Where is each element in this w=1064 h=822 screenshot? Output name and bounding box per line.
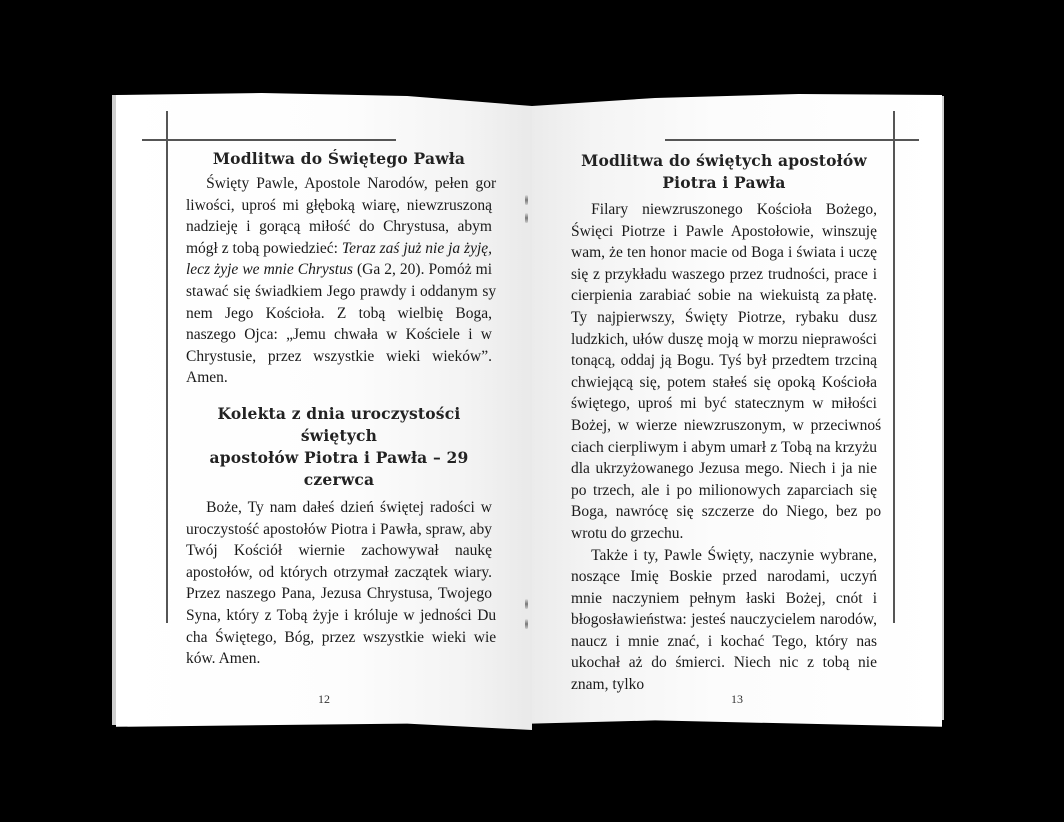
staple-icon [525, 195, 528, 205]
right-corner-rule-horizontal [665, 139, 919, 141]
page-number-left: 12 [318, 692, 330, 707]
open-booklet: Modlitwa do Świętego Pawła Święty Pawle,… [0, 0, 1064, 822]
section-title-collect: Kolekta z dnia uroczystości świętych apo… [186, 403, 492, 491]
scripture-quote-cont: żyje we mnie Chrystus [214, 261, 353, 278]
paragraph-collect: Boże, Ty nam dałeś dzień świętej radości… [186, 497, 492, 670]
page-number-right: 13 [731, 692, 743, 707]
staple-icon [525, 213, 528, 223]
left-page-text: Modlitwa do Świętego Pawła Święty Pawle,… [186, 148, 492, 670]
left-corner-rule-horizontal [142, 139, 396, 141]
paragraph-apostles-prayer-1: Filary niewzruszonego Kościoła Bożego, Ś… [571, 199, 877, 545]
staple-icon [525, 599, 528, 609]
left-page-edge [112, 95, 116, 725]
paragraph-apostles-prayer-2: Także i ty, Pawle Święty, naczynie wybra… [571, 545, 877, 696]
paragraph-paul-prayer: Święty Pawle, Apostole Narodów, pełen go… [186, 173, 492, 389]
section-title-apostles-prayer: Modlitwa do świętych apostołów Piotra i … [571, 150, 877, 194]
right-page-text: Modlitwa do świętych apostołów Piotra i … [571, 150, 877, 696]
section-title-paul-prayer: Modlitwa do Świętego Pawła [186, 148, 492, 170]
staple-icon [525, 619, 528, 629]
left-corner-rule-vertical [166, 111, 168, 623]
right-corner-rule-vertical [893, 111, 895, 623]
